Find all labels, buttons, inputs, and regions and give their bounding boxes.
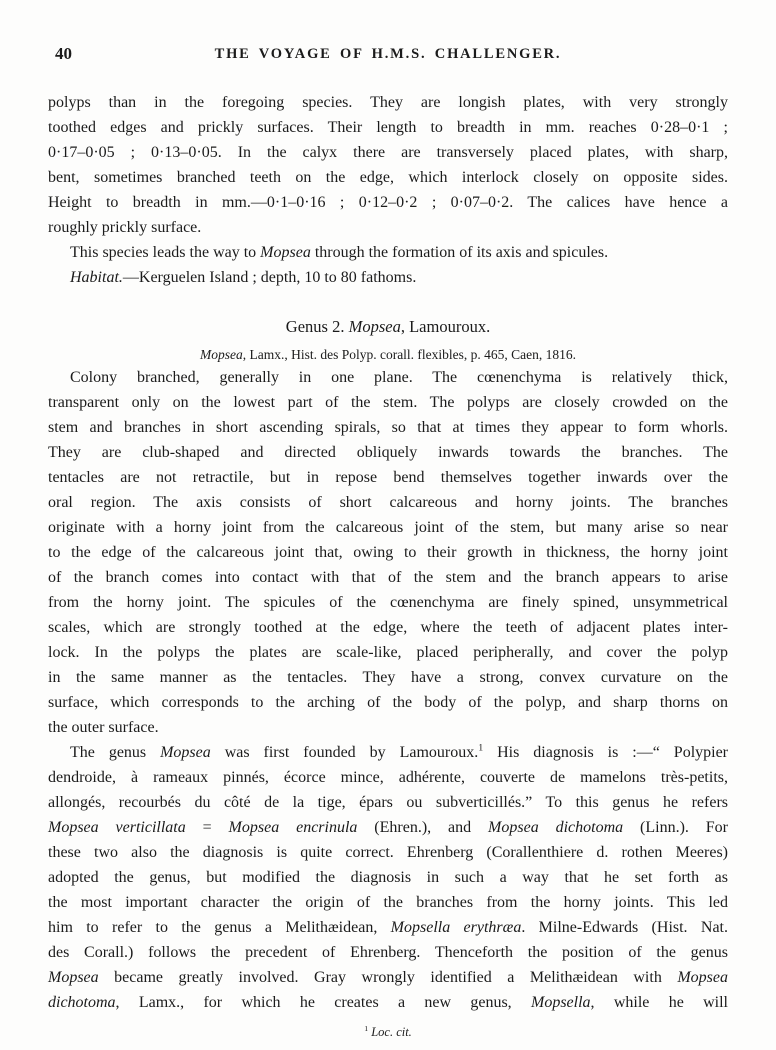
text-run: They are club-shaped and directed obliqu… [48,444,728,461]
text-run: . Milne-Edwards (Hist. Nat. [521,919,728,936]
text-run: des Corall.) follows the precedent of Eh… [48,944,728,961]
italic-text-run: Mopsea [160,744,211,761]
text-line: originate with a horny joint from the ca… [48,515,728,540]
text-line: toothed edges and prickly surfaces. Thei… [48,115,728,140]
text-line: 1 Loc. cit. [48,1023,728,1041]
text-run: lock. In the polyps the plates are scale… [48,644,728,661]
text-line: des Corall.) follows the precedent of Eh… [48,940,728,965]
text-line: The genus Mopsea was first founded by La… [48,740,728,765]
text-line: polyps than in the foregoing species. Th… [48,90,728,115]
text-line: dichotoma, Lamx., for which he creates a… [48,990,728,1015]
text-line: him to refer to the genus a Melithæidean… [48,915,728,940]
text-run: these two also the diagnosis is quite co… [48,844,728,861]
paragraph-genus-description: Colony branched, generally in one plane.… [48,365,728,740]
text-line: Mopsea verticillata = Mopsea encrinula (… [48,815,728,840]
text-run: , while he will [591,994,728,1011]
text-line: Habitat.—Kerguelen Island ; depth, 10 to… [48,265,728,290]
text-run: bent, sometimes branched teeth on the ed… [48,169,728,186]
paragraph-habitat: Habitat.—Kerguelen Island ; depth, 10 to… [48,265,728,290]
text-line: stem and branches in short ascending spi… [48,415,728,440]
paragraph-species-note: This species leads the way to Mopsea thr… [48,240,728,265]
text-run: This species leads the way to [70,244,260,261]
text-line: bent, sometimes branched teeth on the ed… [48,165,728,190]
text-line: transparent only on the lowest part of t… [48,390,728,415]
text-run: the outer surface. [48,719,159,736]
text-run: Genus 2. [286,317,349,336]
italic-text-run: dichotoma [48,994,116,1011]
text-run: allongés, recourbés du côté de la tige, … [48,794,728,811]
text-line: the outer surface. [48,715,728,740]
page-number: 40 [55,44,72,64]
text-run: (Linn.). For [623,819,728,836]
text-line: This species leads the way to Mopsea thr… [48,240,728,265]
text-run: adopted the genus, but modified the diag… [48,869,728,886]
text-line: They are club-shaped and directed obliqu… [48,440,728,465]
text-run: = [186,819,229,836]
text-run: tentacles are not retractile, but in rep… [48,469,728,486]
text-line: Height to breadth in mm.—0·1–0·16 ; 0·12… [48,190,728,215]
text-run: 0·17–0·05 ; 0·13–0·05. In the calyx ther… [48,144,728,161]
text-run: originate with a horny joint from the ca… [48,519,728,536]
italic-text-run: Mopsea verticillata [48,819,186,836]
genus-heading: Genus 2. Mopsea, Lamouroux. [48,314,728,340]
italic-text-run: Mopsella [531,994,591,1011]
italic-text-run: Mopsea [200,347,243,362]
paragraph-species-continuation: polyps than in the foregoing species. Th… [48,90,728,240]
text-line: in the same manner as the tentacles. The… [48,665,728,690]
text-line: to the edge of the calcareous joint that… [48,540,728,565]
italic-text-run: Mopsea [48,969,99,986]
text-run: dendroide, à rameaux pinnés, écorce minc… [48,769,728,786]
text-run: Height to breadth in mm.—0·1–0·16 ; 0·12… [48,194,728,211]
text-line: the most important character the origin … [48,890,728,915]
text-line: adopted the genus, but modified the diag… [48,865,728,890]
text-line: oral region. The axis consists of short … [48,490,728,515]
text-run: (Ehren.), and [357,819,488,836]
text-line: Mopsea became greatly involved. Gray wro… [48,965,728,990]
text-run: , Lamouroux. [401,317,490,336]
text-run: —Kerguelen Island ; depth, 10 to 80 fath… [123,269,416,286]
italic-text-run: Mopsea encrinula [229,819,358,836]
text-line: dendroide, à rameaux pinnés, écorce minc… [48,765,728,790]
text-run: , Lamx., for which he creates a new genu… [116,994,531,1011]
text-run: transparent only on the lowest part of t… [48,394,728,411]
text-run: from the horny joint. The spicules of th… [48,594,728,611]
text-run: to the edge of the calcareous joint that… [48,544,728,561]
text-run: scales, which are strongly toothed at th… [48,619,728,636]
running-header: 40 THE VOYAGE OF H.M.S. CHALLENGER. [48,44,728,64]
running-title: THE VOYAGE OF H.M.S. CHALLENGER. [48,44,728,63]
text-line: of the branch comes into contact with th… [48,565,728,590]
text-run: The genus [70,744,160,761]
text-run: Colony branched, generally in one plane.… [70,369,728,386]
text-line: tentacles are not retractile, but in rep… [48,465,728,490]
italic-text-run: Mopsea dichotoma [488,819,623,836]
text-line: from the horny joint. The spicules of th… [48,590,728,615]
footnote-loc-cit: 1 Loc. cit. [48,1023,728,1041]
text-run: him to refer to the genus a Melithæidean… [48,919,391,936]
italic-text-run: Mopsea [349,317,401,336]
book-page: 40 THE VOYAGE OF H.M.S. CHALLENGER. poly… [0,0,776,1050]
text-line: lock. In the polyps the plates are scale… [48,640,728,665]
italic-text-run: Loc. cit. [371,1025,412,1039]
text-run: of the branch comes into contact with th… [48,569,728,586]
italic-text-run: Mopsella erythræa [391,919,522,936]
text-line: Genus 2. Mopsea, Lamouroux. [48,314,728,340]
text-run: through the formation of its axis and sp… [311,244,608,261]
text-run: surface, which corresponds to the archin… [48,694,728,711]
text-run: oral region. The axis consists of short … [48,494,728,511]
text-run: stem and branches in short ascending spi… [48,419,728,436]
text-line: scales, which are strongly toothed at th… [48,615,728,640]
text-run: in the same manner as the tentacles. The… [48,669,728,686]
italic-text-run: Habitat. [70,269,123,286]
text-body: polyps than in the foregoing species. Th… [48,90,728,1041]
text-line: 0·17–0·05 ; 0·13–0·05. In the calyx ther… [48,140,728,165]
text-line: surface, which corresponds to the archin… [48,690,728,715]
paragraph-genus-history: The genus Mopsea was first founded by La… [48,740,728,1015]
italic-text-run: Mopsea [260,244,311,261]
text-run: the most important character the origin … [48,894,728,911]
text-line: roughly prickly surface. [48,215,728,240]
text-line: Colony branched, generally in one plane.… [48,365,728,390]
text-line: these two also the diagnosis is quite co… [48,840,728,865]
text-run: became greatly involved. Gray wrongly id… [99,969,678,986]
text-run: roughly prickly surface. [48,219,201,236]
text-run: was first founded by Lamouroux. [211,744,478,761]
text-run: polyps than in the foregoing species. Th… [48,94,728,111]
text-line: allongés, recourbés du côté de la tige, … [48,790,728,815]
text-run: , Lamx., Hist. des Polyp. corall. flexib… [243,347,576,362]
text-line: Mopsea, Lamx., Hist. des Polyp. corall. … [48,345,728,365]
text-run: toothed edges and prickly surfaces. Thei… [48,119,728,136]
italic-text-run: Mopsea [677,969,728,986]
genus-synonymy: Mopsea, Lamx., Hist. des Polyp. corall. … [48,345,728,365]
text-run: His diagnosis is :—“ Polypier [483,744,728,761]
